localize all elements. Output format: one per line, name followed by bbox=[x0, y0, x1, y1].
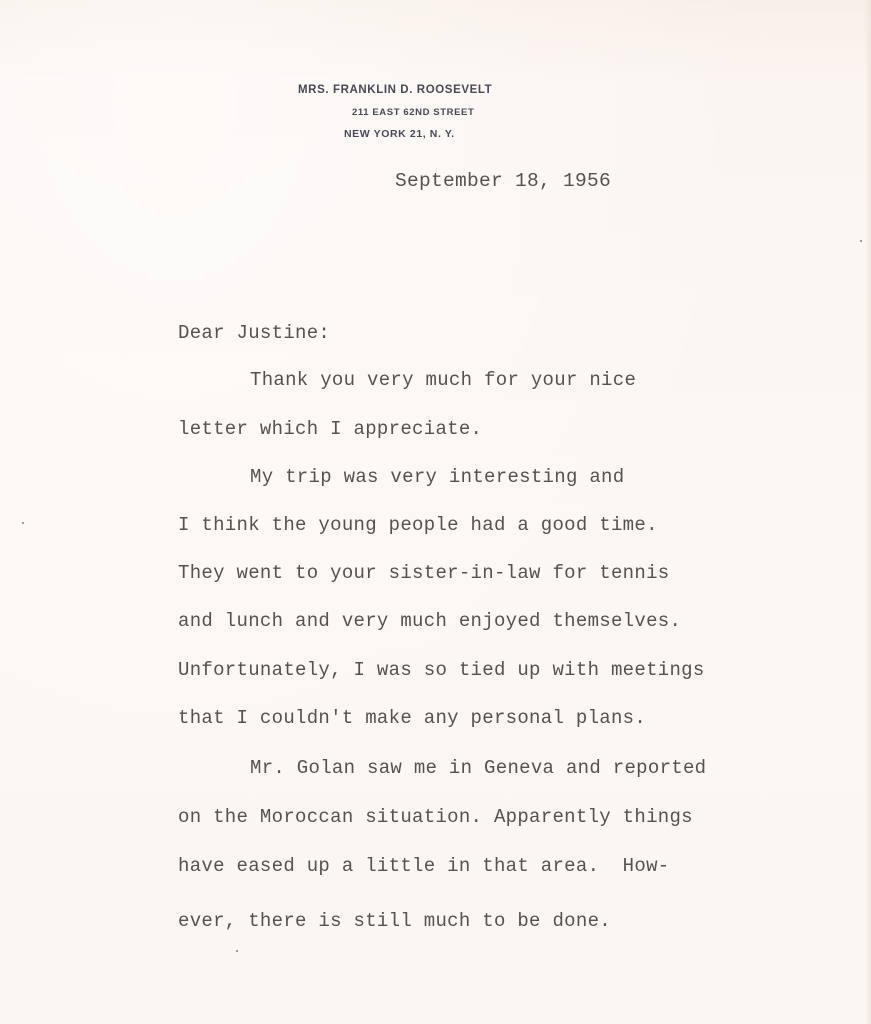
letterhead-city: NEW YORK 21, N. Y. bbox=[344, 128, 455, 140]
body-line: on the Moroccan situation. Apparently th… bbox=[178, 806, 693, 828]
body-line: I think the young people had a good time… bbox=[178, 514, 658, 536]
paper-speck bbox=[236, 950, 238, 952]
paper-edge bbox=[865, 0, 871, 1024]
body-line: letter which I appreciate. bbox=[178, 418, 482, 440]
body-line: Thank you very much for your nice bbox=[250, 369, 636, 391]
body-line: My trip was very interesting and bbox=[250, 466, 624, 488]
body-line: They went to your sister-in-law for tenn… bbox=[178, 562, 669, 584]
letter-date: September 18, 1956 bbox=[395, 170, 611, 192]
paper-speck bbox=[860, 240, 862, 242]
body-line: Unfortunately, I was so tied up with mee… bbox=[178, 659, 705, 681]
letterhead-street: 211 EAST 62ND STREET bbox=[352, 107, 474, 118]
salutation: Dear Justine: bbox=[178, 322, 330, 344]
paper-speck bbox=[22, 522, 24, 524]
body-line: and lunch and very much enjoyed themselv… bbox=[178, 610, 681, 632]
letter-page: MRS. FRANKLIN D. ROOSEVELT 211 EAST 62ND… bbox=[0, 0, 871, 1024]
body-line: Mr. Golan saw me in Geneva and reported bbox=[250, 757, 706, 779]
body-line: have eased up a little in that area. How… bbox=[178, 855, 669, 877]
body-line: ever, there is still much to be done. bbox=[178, 910, 611, 932]
letterhead-name: MRS. FRANKLIN D. ROOSEVELT bbox=[298, 84, 492, 96]
body-line: that I couldn't make any personal plans. bbox=[178, 707, 646, 729]
